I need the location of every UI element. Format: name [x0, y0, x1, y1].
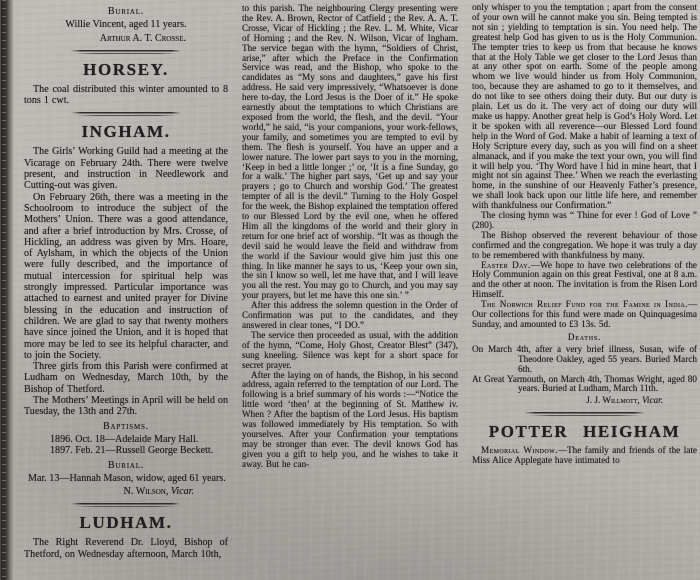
norwich-fund-lead: The Norwich Relief Fund for the Famine i…	[481, 299, 688, 309]
solemn-question-paragraph: After this address the solemn question i…	[242, 301, 458, 331]
baptisms-subheading: Baptisms.	[24, 421, 228, 432]
closing-hymn-paragraph: The closing hymn was “ Thine for ever ! …	[472, 211, 697, 231]
horsey-paragraph: The coal distributed this winter amounte…	[24, 84, 228, 107]
death-record-oakley: On March 4th, after a very brief illness…	[472, 345, 697, 375]
signature-arthur-crosse: Arthur A. T. Crosse.	[24, 33, 228, 44]
section-divider	[71, 112, 181, 116]
norwich-relief-fund-paragraph: The Norwich Relief Fund for the Famine i…	[472, 300, 697, 330]
scanned-magazine-page: Burial. Willie Vincent, aged 11 years. A…	[0, 0, 700, 580]
easter-day-lead: Easter Day.	[481, 260, 531, 270]
potter-heigham-section-title: POTTER HEIGHAM	[472, 423, 697, 441]
deaths-subheading: Deaths.	[472, 333, 697, 343]
ingham-paragraph-meetings: The Mothers’ Meetings in April will be h…	[24, 395, 228, 418]
signature-name: J. J. Willmott,	[586, 395, 639, 405]
section-divider	[71, 503, 181, 507]
easter-day-paragraph: Easter Day.—We hope to have two celebrat…	[472, 261, 697, 301]
column-layout: Burial. Willie Vincent, aged 11 years. A…	[0, 0, 700, 580]
reverent-behaviour-paragraph: The Bishop observed the reverent behavio…	[472, 231, 697, 261]
section-divider	[524, 412, 646, 416]
ludham-paragraph: The Right Reverend Dr. Lloyd, Bishop of …	[24, 537, 228, 560]
signature-role: Vicar.	[171, 486, 194, 497]
signature-role: Vicar.	[642, 395, 663, 405]
baptism-record: 1897. Feb. 21—Russell George Beckett.	[24, 445, 228, 456]
death-record-wright: At Great Yarmouth, on March 4th, Thomas …	[472, 375, 697, 395]
column-right: only whisper to you the temptation ; apa…	[465, 0, 700, 580]
signature-j-j-willmott: J. J. Willmott, Vicar.	[472, 396, 697, 406]
burial-record-mason: Mar. 13—Hannah Mason, widow, aged 61 yea…	[24, 473, 228, 484]
horsey-section-title: HORSEY.	[24, 61, 228, 79]
burial-subheading: Burial.	[24, 6, 228, 17]
memorial-window-paragraph: Memorial Window.—The family and friends …	[472, 446, 697, 466]
ingham-paragraph-mothers-union: On February 26th, there was a meeting in…	[24, 192, 228, 361]
signature-n-wilson: N. Wilson, Vicar.	[24, 486, 228, 497]
section-divider	[71, 50, 181, 54]
confirmation-service-paragraph: to this parish. The neighbouring Clergy …	[242, 4, 458, 301]
column-middle: to this parish. The neighbouring Clergy …	[233, 0, 465, 580]
memorial-window-lead: Memorial Window.	[481, 445, 558, 455]
burial-entry-vincent: Willie Vincent, aged 11 years.	[24, 19, 228, 30]
burial-subheading-ingham: Burial.	[24, 460, 228, 471]
service-proceeded-paragraph: The service then proceeded as usual, wit…	[242, 331, 458, 371]
ludham-section-title: LUDHAM.	[24, 514, 228, 532]
ingham-paragraph-confirmed: Three girls from this Parish were confir…	[24, 361, 228, 395]
baptism-record: 1896. Oct. 18—Adelaide Mary Hall.	[24, 434, 228, 445]
ingham-paragraph-guild: The Girls’ Working Guild had a meeting a…	[24, 146, 228, 191]
column-left: Burial. Willie Vincent, aged 11 years. A…	[0, 0, 233, 580]
page-edge-artifact	[0, 0, 14, 580]
second-address-paragraph: After the laying on of hands, the Bishop…	[242, 371, 458, 470]
address-continuation-paragraph: only whisper to you the temptation ; apa…	[472, 3, 697, 211]
ingham-section-title: INGHAM.	[24, 123, 228, 141]
signature-name: N. Wilson,	[124, 486, 169, 497]
